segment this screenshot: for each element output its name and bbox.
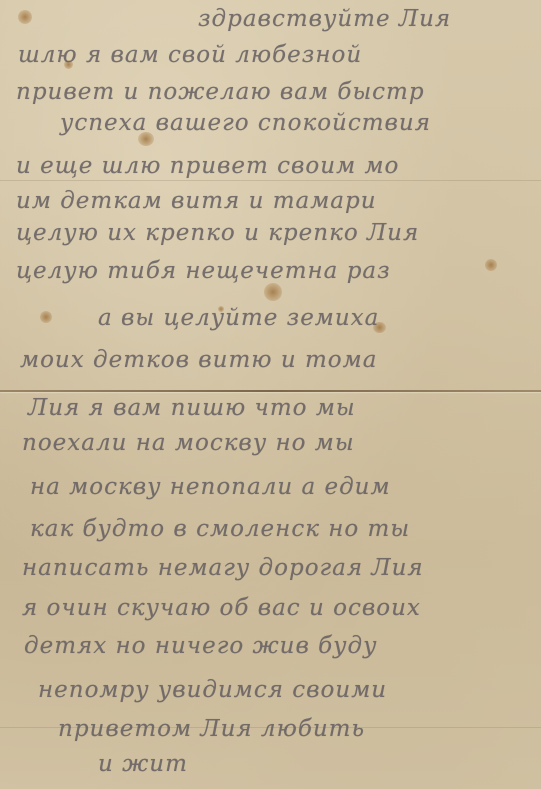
letter-line: приветом Лия любить	[58, 716, 365, 742]
stain-spot	[485, 259, 497, 271]
letter-line: успеха вашего спокойствия	[60, 110, 431, 136]
letter-line: я очин скучаю об вас и освоих	[22, 595, 421, 621]
letter-line: целую их крепко и крепко Лия	[16, 220, 419, 246]
letter-line: непомру увидимся своими	[38, 677, 387, 703]
letter-line: привет и пожелаю вам быстр	[16, 79, 425, 105]
letter-line: целую тибя нещечетна раз	[16, 258, 391, 284]
stain-spot	[264, 283, 282, 301]
letter-line: им деткам витя и тамари	[16, 188, 377, 214]
letter-line: поехали на москву но мы	[22, 430, 355, 456]
letter-line-closing: и жит	[98, 751, 188, 777]
letter-line-greeting: здравствуйте Лия	[198, 6, 451, 32]
letter-line: а вы целуйте земиха	[98, 305, 379, 331]
letter-line: моих детков витю и тома	[20, 347, 377, 373]
letter-line: Лия я вам пишю что мы	[28, 395, 356, 421]
stain-spot	[40, 311, 52, 323]
letter-line: детях но ничего жив буду	[24, 633, 377, 659]
letter-line: написать немагу дорогая Лия	[22, 555, 424, 581]
letter-line: и еще шлю привет своим мо	[16, 153, 399, 179]
letter-line: как будто в смоленск но ты	[30, 516, 410, 542]
letter-line: на москву непопали а едим	[30, 474, 391, 500]
letter-page: здравствуйте Лия шлю я вам свой любезной…	[0, 0, 541, 789]
paper-crease	[0, 180, 541, 181]
paper-fold	[0, 390, 541, 392]
letter-line: шлю я вам свой любезной	[18, 42, 362, 68]
stain-spot	[18, 10, 32, 24]
